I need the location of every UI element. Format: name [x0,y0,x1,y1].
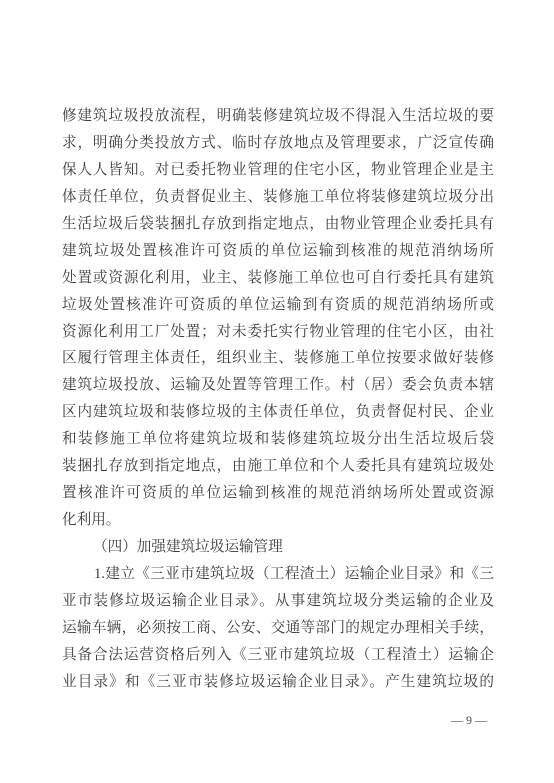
text-line: 建筑垃圾投放、运输及处置等管理工作。村（居）委会负责本辖 [62,372,494,399]
text-line: 建筑垃圾处置核准许可资质的单位运输到核准的规范消纳场所 [62,238,494,265]
text-line: 求，明确分类投放方式、临时存放地点及管理要求，广泛宣传确 [62,130,494,157]
text-line: 修建筑垃圾投放流程，明确装修建筑垃圾不得混入生活垃圾的要 [62,103,494,130]
text-line: 亚市装修垃圾运输企业目录》。从事建筑垃圾分类运输的企业及 [62,588,494,615]
text-line: 资源化利用工厂处置；对未委托实行物业管理的住宅小区，由社 [62,319,494,346]
text-line: 体责任单位，负责督促业主、装修施工单位将装修建筑垃圾分出 [62,184,494,211]
text-line: 具备合法运营资格后列入《三亚市建筑垃圾（工程渣土）运输企 [62,642,494,669]
document-text-block: 修建筑垃圾投放流程，明确装修建筑垃圾不得混入生活垃圾的要求，明确分类投放方式、临… [62,103,494,696]
text-line: 运输车辆，必须按工商、公安、交通等部门的规定办理相关手续， [62,615,494,642]
text-line: 置核准许可资质的单位运输到核准的规范消纳场所处置或资源 [62,480,494,507]
text-line: 区内建筑垃圾和装修垃圾的主体责任单位，负责督促村民、企业 [62,399,494,426]
text-line: 业目录》和《三亚市装修垃圾运输企业目录》。产生建筑垃圾的 [62,669,494,696]
text-line: 装捆扎存放到指定地点，由施工单位和个人委托具有建筑垃圾处 [62,453,494,480]
text-line: 处置或资源化利用，业主、装修施工单位也可自行委托具有建筑 [62,265,494,292]
text-line: 1.建立《三亚市建筑垃圾（工程渣土）运输企业目录》和《三 [62,561,494,588]
page-number: — 9 — [446,712,492,728]
text-line: 和装修施工单位将建筑垃圾和装修建筑垃圾分出生活垃圾后袋 [62,426,494,453]
text-line: 保人人皆知。对已委托物业管理的住宅小区，物业管理企业是主 [62,157,494,184]
text-line: 区履行管理主体责任，组织业主、装修施工单位按要求做好装修 [62,345,494,372]
text-line: 生活垃圾后袋装捆扎存放到指定地点，由物业管理企业委托具有 [62,211,494,238]
text-line: 化利用。 [62,507,494,534]
text-line: （四）加强建筑垃圾运输管理 [62,534,494,561]
document-page: 修建筑垃圾投放流程，明确装修建筑垃圾不得混入生活垃圾的要求，明确分类投放方式、临… [0,0,554,783]
text-line: 垃圾处置核准许可资质的单位运输到有资质的规范消纳场所或 [62,292,494,319]
